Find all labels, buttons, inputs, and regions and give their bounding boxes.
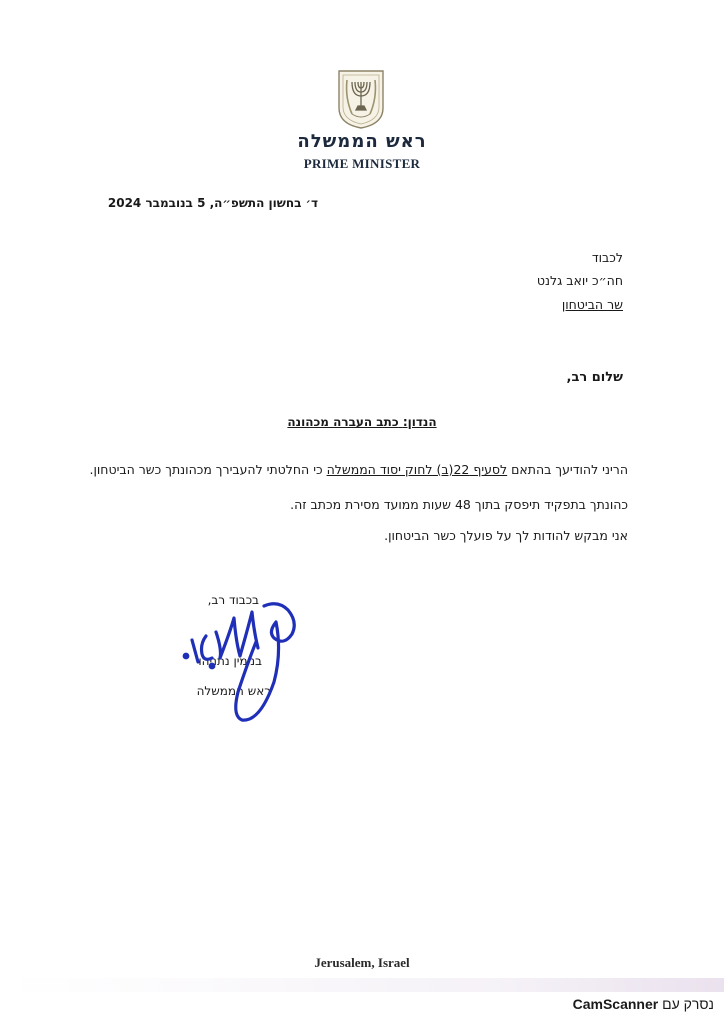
body-paragraph-3: אני מבקש להודות לך על פועלך כשר הביטחון. (384, 528, 628, 543)
footer-location: Jerusalem, Israel (262, 955, 462, 971)
subject-label: הנדון: (403, 415, 437, 429)
watermark-brand: CamScanner (573, 996, 659, 1012)
law-reference: לסעיף 22(ב) לחוק יסוד הממשלה (327, 462, 508, 477)
greeting: שלום רב, (567, 370, 623, 385)
letter-date: ד׳ בחשון התשפ״ה, 5 בנובמבר 2024 (108, 196, 318, 210)
body-paragraph-2: כהונתך בתפקיד תיפסק בתוך 48 שעות ממועד מ… (290, 497, 628, 512)
closing: בכבוד רב, (208, 593, 259, 607)
camscanner-watermark: CamScanner נסרק עם (573, 996, 714, 1012)
body-1-end: כי החלטתי להעבירך מכהונתך כשר הביטחון. (90, 462, 327, 477)
signatory-name: בנימין נתניהו (198, 654, 262, 668)
letter-page: ראש הממשלה PRIME MINISTER ד׳ בחשון התשפ״… (0, 0, 724, 1024)
addressee-name: חה״כ יואב גלנט (537, 273, 623, 288)
watermark-prefix: נסרק עם (662, 996, 714, 1012)
letterhead-title-english: PRIME MINISTER (262, 156, 462, 172)
scan-edge-shadow (10, 978, 724, 992)
state-emblem-icon (336, 68, 386, 130)
addressee-role: שר הביטחון (562, 297, 623, 312)
subject-line: הנדון: כתב העברה מכהונה (262, 415, 462, 429)
addressee-salutation: לכבוד (592, 250, 623, 265)
body-paragraph-1: הריני להודיעך בהתאם לסעיף 22(ב) לחוק יסו… (90, 462, 628, 477)
body-1-start: הריני להודיעך בהתאם (507, 462, 628, 477)
signatory-title: ראש הממשלה (197, 684, 271, 698)
letterhead-title-hebrew: ראש הממשלה (262, 131, 462, 152)
subject-text: כתב העברה מכהונה (287, 415, 398, 429)
